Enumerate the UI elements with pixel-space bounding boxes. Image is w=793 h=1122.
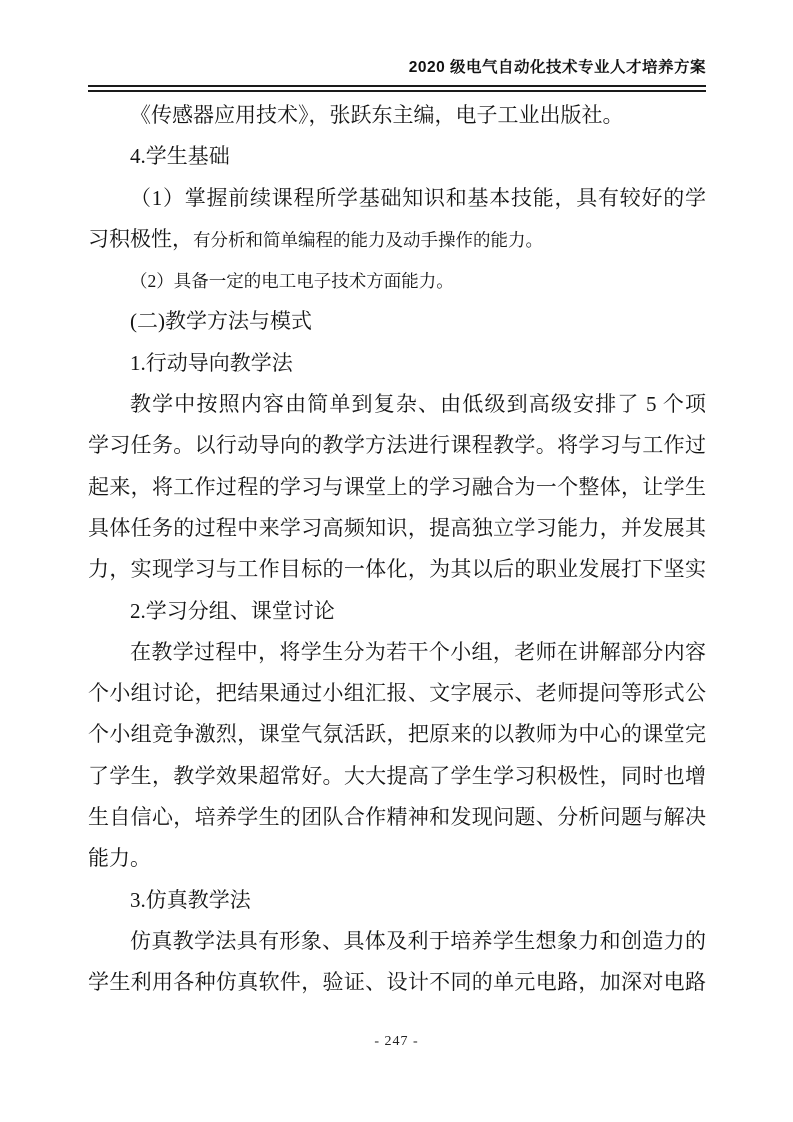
text-segment: 1.行动导向教学法 [130, 351, 293, 375]
text-segment: （2）具备一定的电工电子技术方面能力。 [130, 271, 454, 291]
text-segment: 学生利用各种仿真软件，验证、设计不同的单元电路，加深对电路功能的 [88, 970, 706, 1003]
text-segment: 个小组讨论，把结果通过小组汇报、文字展示、老师提问等形式公布，各 [88, 681, 706, 714]
body-line: （2）具备一定的电工电子技术方面能力。 [88, 260, 706, 301]
body-line: 3.仿真教学法 [88, 880, 706, 921]
page-number: - 247 - [374, 1034, 418, 1049]
text-segment: （1）掌握前续课程所学基础知识和基本技能，具有较好的学习习惯和学 [88, 186, 706, 219]
body-line: 能力。 [88, 838, 706, 879]
body-line: 学生利用各种仿真软件，验证、设计不同的单元电路，加深对电路功能的 [88, 962, 706, 1003]
body-line: (二)教学方法与模式 [88, 301, 706, 342]
text-segment: 力，实现学习与工作目标的一体化，为其以后的职业发展打下坚实的基础。 [88, 557, 706, 590]
body-line: 起来，将工作过程的学习与课堂上的学习融合为一个整体，让学生在完成 [88, 467, 706, 508]
text-segment: 具体任务的过程中来学习高频知识，提高独立学习能力，并发展其职业能 [88, 516, 706, 549]
text-segment: 教学中按照内容由简单到复杂、由低级到高级安排了 5 个项目，12 个 [88, 392, 706, 425]
body-line: 在教学过程中，将学生分为若干个小组，老师在讲解部分内容后让每 [88, 632, 706, 673]
body-line: 学习任务。以行动导向的教学方法进行课程教学。将学习与工作过程联系 [88, 425, 706, 466]
header-title: 2020 级电气自动化技术专业人才培养方案 [88, 58, 706, 78]
document-page: 2020 级电气自动化技术专业人才培养方案 《传感器应用技术》，张跃东主编，电子… [0, 0, 793, 1122]
text-segment: 仿真教学法具有形象、具体及利于培养学生想象力和创造力的特点。 [88, 929, 706, 962]
body-line: 力，实现学习与工作目标的一体化，为其以后的职业发展打下坚实的基础。 [88, 549, 706, 590]
text-segment: 3.仿真教学法 [130, 888, 251, 912]
text-segment: 起来，将工作过程的学习与课堂上的学习融合为一个整体，让学生在完成 [88, 475, 706, 508]
text-segment: 生自信心，培养学生的团队合作精神和发现问题、分析问题与解决问题的 [88, 805, 706, 838]
body-line: 4.学生基础 [88, 136, 706, 177]
text-segment: 在教学过程中，将学生分为若干个小组，老师在讲解部分内容后让每 [88, 640, 706, 673]
text-segment: 有分析和简单编程的能力及动手操作的能力。 [193, 230, 543, 250]
body-line: 《传感器应用技术》，张跃东主编，电子工业出版社。 [88, 95, 706, 136]
body-line: 习积极性，有分析和简单编程的能力及动手操作的能力。 [88, 219, 706, 260]
page-footer: - 247 - [0, 1034, 793, 1050]
text-segment: (二)教学方法与模式 [130, 309, 312, 333]
text-segment: 2.学习分组、课堂讨论 [130, 599, 335, 623]
body-line: 具体任务的过程中来学习高频知识，提高独立学习能力，并发展其职业能 [88, 508, 706, 549]
body-line: 仿真教学法具有形象、具体及利于培养学生想象力和创造力的特点。 [88, 921, 706, 962]
text-segment: 能力。 [88, 846, 151, 870]
text-segment: 了学生，教学效果超常好。大大提高了学生学习积极性，同时也增强了学 [88, 764, 706, 797]
text-segment: 个小组竞争激烈，课堂气氛活跃，把原来的以教师为中心的课堂完全交给 [88, 722, 706, 755]
document-body: 《传感器应用技术》，张跃东主编，电子工业出版社。4.学生基础（1）掌握前续课程所… [88, 95, 706, 1004]
body-line: 2.学习分组、课堂讨论 [88, 591, 706, 632]
text-segment: 4.学生基础 [130, 144, 230, 168]
header-double-rule [88, 85, 706, 92]
page-header: 2020 级电气自动化技术专业人才培养方案 [88, 58, 706, 92]
body-line: 生自信心，培养学生的团队合作精神和发现问题、分析问题与解决问题的 [88, 797, 706, 838]
text-segment: 学习任务。以行动导向的教学方法进行课程教学。将学习与工作过程联系 [88, 433, 706, 466]
body-line: （1）掌握前续课程所学基础知识和基本技能，具有较好的学习习惯和学 [88, 178, 706, 219]
body-line: 个小组讨论，把结果通过小组汇报、文字展示、老师提问等形式公布，各 [88, 673, 706, 714]
text-segment: 习积极性， [88, 227, 193, 251]
body-line: 了学生，教学效果超常好。大大提高了学生学习积极性，同时也增强了学 [88, 756, 706, 797]
body-line: 1.行动导向教学法 [88, 343, 706, 384]
text-segment: 《传感器应用技术》，张跃东主编，电子工业出版社。 [130, 103, 624, 127]
body-line: 个小组竞争激烈，课堂气氛活跃，把原来的以教师为中心的课堂完全交给 [88, 714, 706, 755]
body-line: 教学中按照内容由简单到复杂、由低级到高级安排了 5 个项目，12 个 [88, 384, 706, 425]
